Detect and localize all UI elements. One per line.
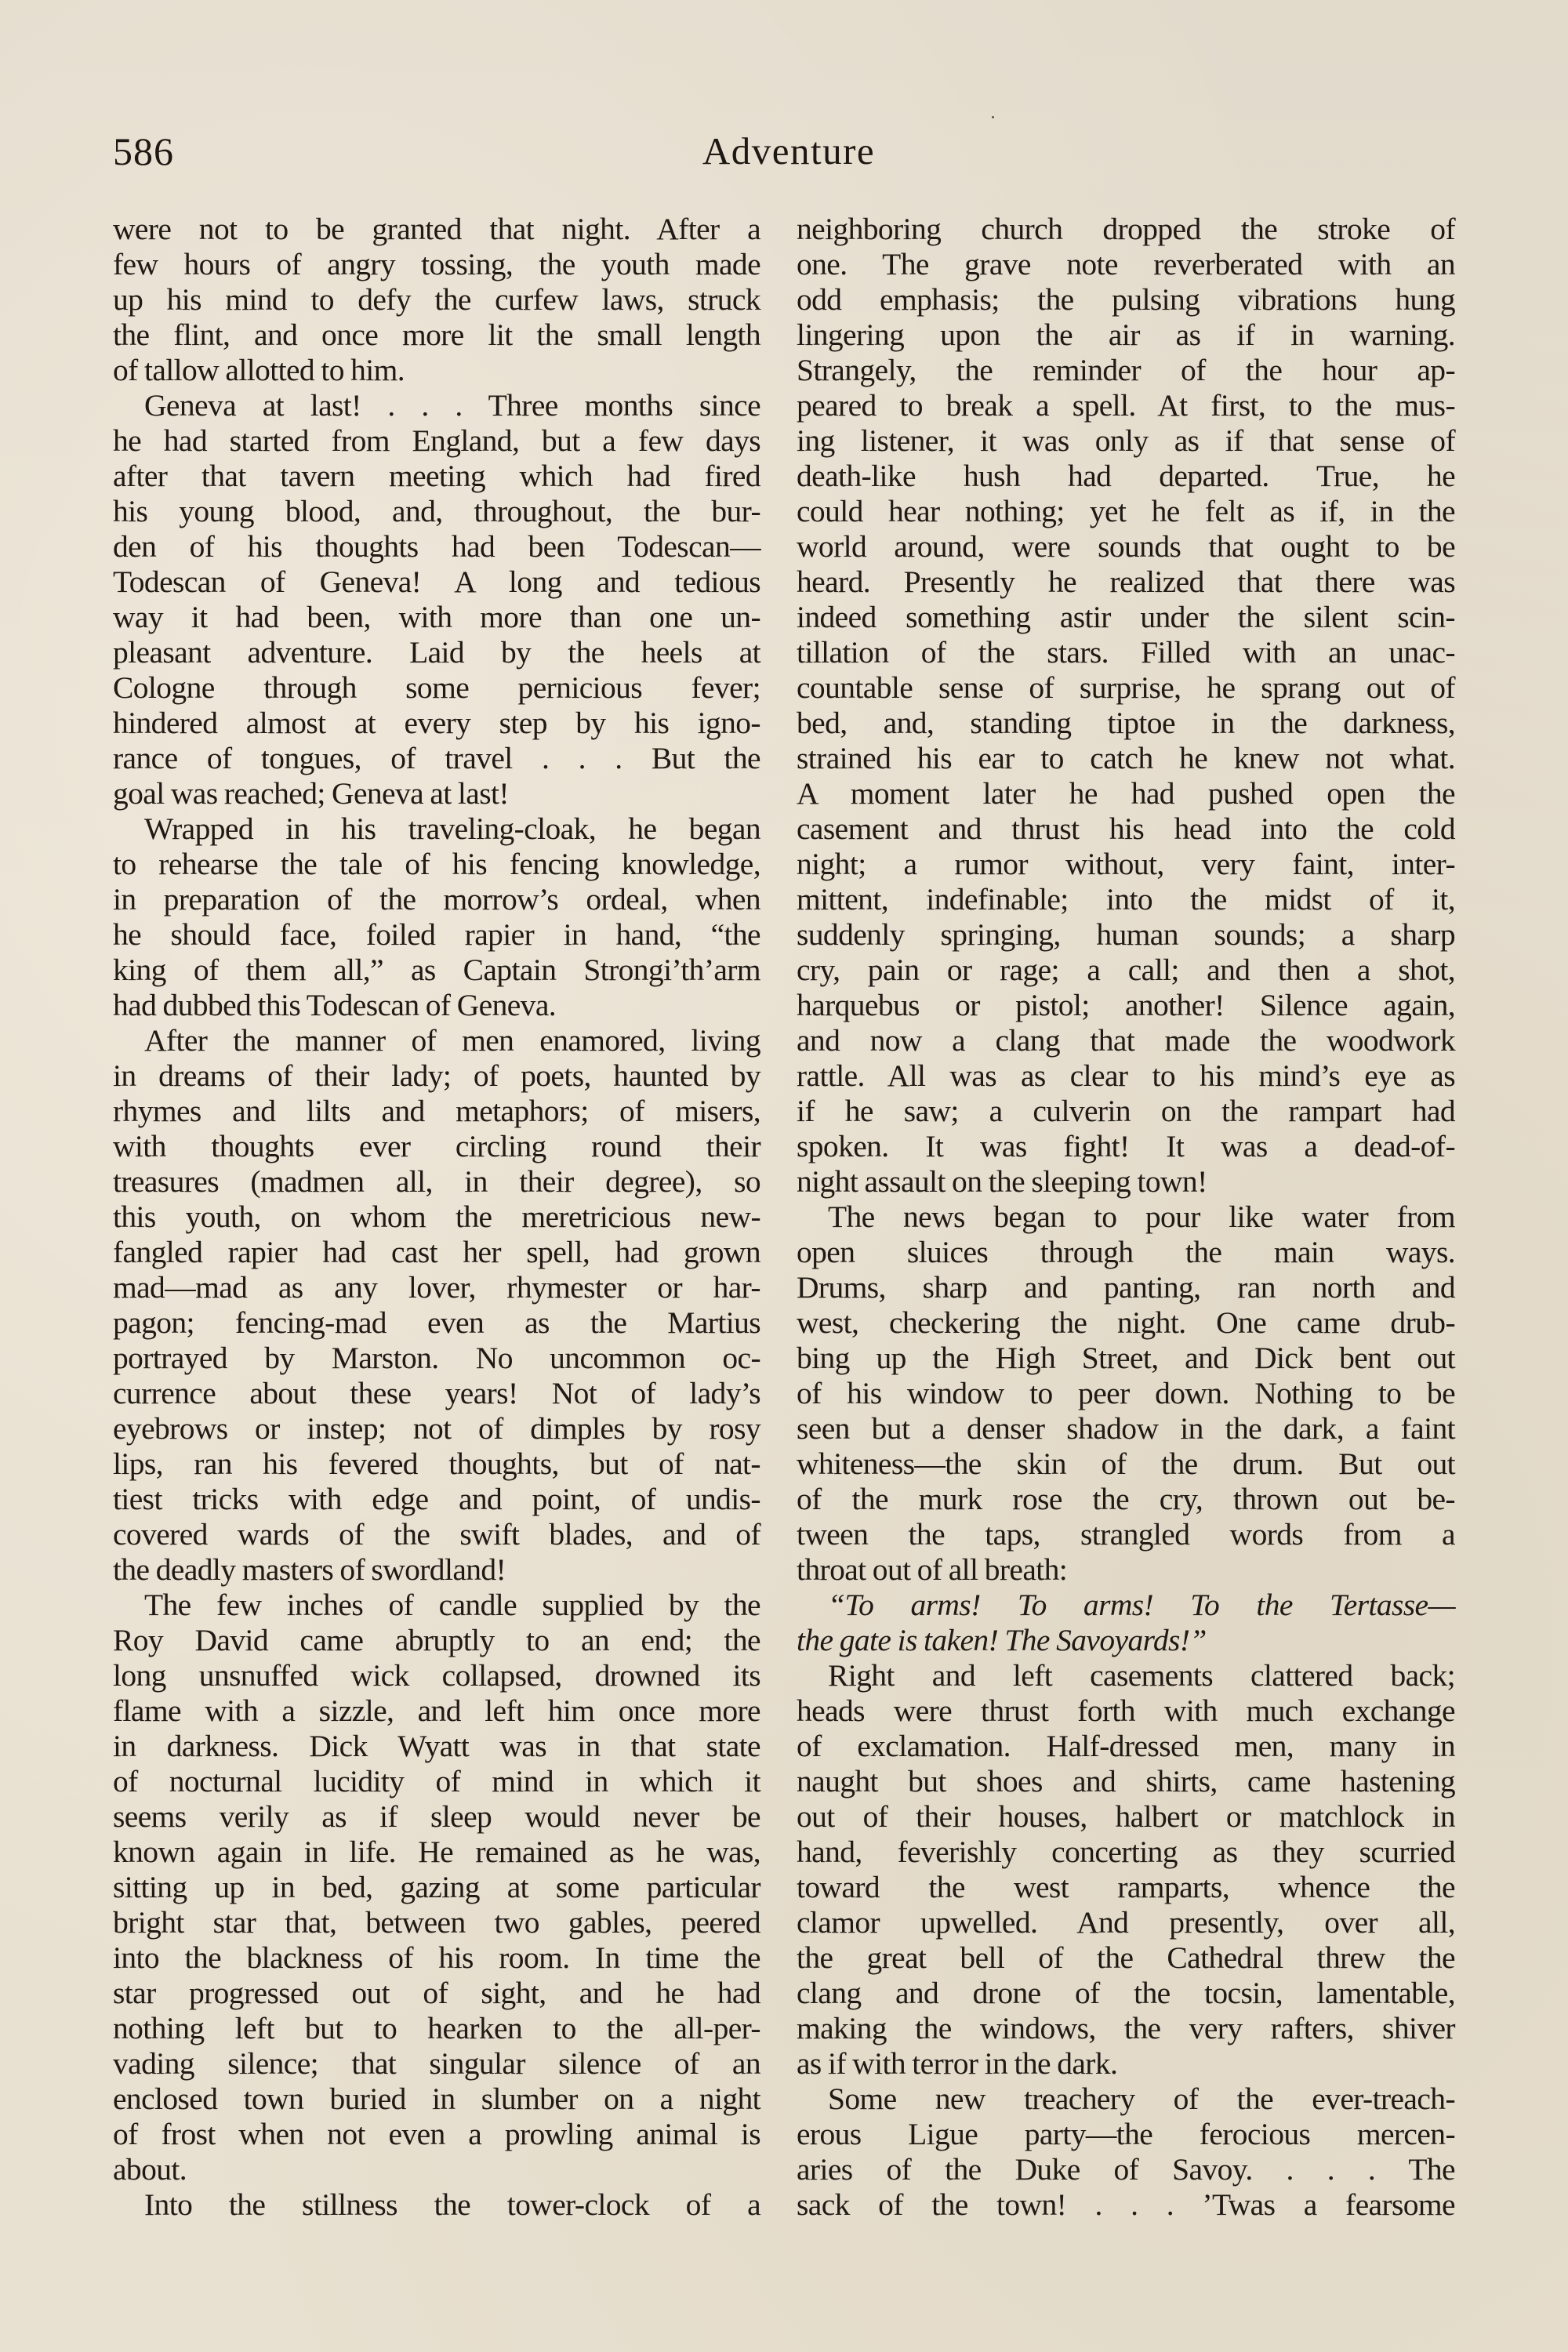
text-line: up his mind to defy the curfew laws, str… — [113, 282, 760, 318]
text-line: odd emphasis; the pulsing vibrations hun… — [797, 282, 1455, 318]
text-line: in preparation of the morrow’s ordeal, w… — [113, 882, 760, 917]
text-line: the great bell of the Cathedral threw th… — [797, 1940, 1455, 1976]
text-line: hindered almost at every step by his ign… — [113, 706, 760, 741]
text-line: of the murk rose the cry, thrown out be- — [797, 1482, 1455, 1517]
text-line: in dreams of their lady; of poets, haunt… — [113, 1058, 760, 1094]
text-column-left: were not to be granted that night. After… — [113, 212, 760, 2223]
text-line: tween the taps, strangled words from a — [797, 1517, 1455, 1552]
text-line: Strangely, the reminder of the hour ap- — [797, 353, 1455, 388]
text-line: Wrapped in his traveling-cloak, he began — [113, 811, 760, 847]
text-line: death-like hush had departed. True, he — [797, 459, 1455, 494]
text-line: treasures (madmen all, in their degree),… — [113, 1164, 760, 1200]
text-line: casement and thrust his head into the co… — [797, 811, 1455, 847]
text-line: lingering upon the air as if in warning. — [797, 318, 1455, 353]
text-line: world around, were sounds that ought to … — [797, 529, 1455, 564]
text-line: making the windows, the very rafters, sh… — [797, 2011, 1455, 2046]
text-line: suddenly springing, human sounds; a shar… — [797, 917, 1455, 953]
text-line: Some new treachery of the ever-treach- — [797, 2082, 1455, 2117]
text-line: sack of the town! . . . ’Twas a fearsome — [797, 2187, 1455, 2223]
text-line: west, checkering the night. One came dru… — [797, 1305, 1455, 1341]
text-line: sitting up in bed, gazing at some partic… — [113, 1870, 760, 1905]
text-line: naught but shoes and shirts, came hasten… — [797, 1764, 1455, 1799]
text-line: bright star that, between two gables, pe… — [113, 1905, 760, 1940]
text-line: indeed something astir under the silent … — [797, 600, 1455, 635]
text-line: and now a clang that made the woodwork — [797, 1023, 1455, 1058]
text-line: he had started from England, but a few d… — [113, 423, 760, 459]
text-line: long unsnuffed wick collapsed, drowned i… — [113, 1658, 760, 1693]
text-line: one. The grave note reverberated with an — [797, 247, 1455, 282]
text-line: the deadly masters of swordland! — [113, 1552, 760, 1588]
text-line: bed, and, standing tiptoe in the darknes… — [797, 706, 1455, 741]
text-line: heads were thrust forth with much exchan… — [797, 1693, 1455, 1729]
text-line: After the manner of men enamored, living — [113, 1023, 760, 1058]
text-line: of nocturnal lucidity of mind in which i… — [113, 1764, 760, 1799]
text-line: were not to be granted that night. After… — [113, 212, 760, 247]
text-line: The few inches of candle supplied by the — [113, 1588, 760, 1623]
text-line: could hear nothing; yet he felt as if, i… — [797, 494, 1455, 529]
text-line: harquebus or pistol; another! Silence ag… — [797, 988, 1455, 1023]
text-line: toward the west ramparts, whence the — [797, 1870, 1455, 1905]
text-line: night assault on the sleeping town! — [797, 1164, 1455, 1200]
text-line: neighboring church dropped the stroke of — [797, 212, 1455, 247]
text-line: nothing left but to hearken to the all-p… — [113, 2011, 760, 2046]
running-head: 586 Adventure — [0, 124, 1568, 179]
text-line: open sluices through the main ways. — [797, 1235, 1455, 1270]
text-line: strained his ear to catch he knew not wh… — [797, 741, 1455, 776]
text-line: clang and drone of the tocsin, lamentabl… — [797, 1976, 1455, 2011]
text-line: Into the stillness the tower-clock of a — [113, 2187, 760, 2223]
text-line: heard. Presently he realized that there … — [797, 564, 1455, 600]
text-line: king of them all,” as Captain Strongi’th… — [113, 953, 760, 988]
text-line: star progressed out of sight, and he had — [113, 1976, 760, 2011]
text-line: had dubbed this Todescan of Geneva. — [113, 988, 760, 1023]
text-line: hand, feverishly concerting as they scur… — [797, 1835, 1455, 1870]
text-line: the flint, and once more lit the small l… — [113, 318, 760, 353]
text-line: of his window to peer down. Nothing to b… — [797, 1376, 1455, 1411]
text-line: this youth, on whom the meretricious new… — [113, 1200, 760, 1235]
text-line: seen but a denser shadow in the dark, a … — [797, 1411, 1455, 1446]
paper-speck — [992, 116, 994, 118]
text-line: the gate is taken! The Savoyards!” — [797, 1623, 1455, 1658]
text-line: ing listener, it was only as if that sen… — [797, 423, 1455, 459]
text-line: peared to break a spell. At first, to th… — [797, 388, 1455, 423]
text-line: about. — [113, 2152, 760, 2187]
running-title: Adventure — [0, 124, 1568, 179]
text-line: The news began to pour like water from — [797, 1200, 1455, 1235]
text-column-right: neighboring church dropped the stroke of… — [797, 212, 1455, 2223]
text-line: out of their houses, halbert or matchloc… — [797, 1799, 1455, 1835]
text-line: rhymes and lilts and metaphors; of miser… — [113, 1094, 760, 1129]
text-line: Right and left casements clattered back; — [797, 1658, 1455, 1693]
text-line: night; a rumor without, very faint, inte… — [797, 847, 1455, 882]
text-line: enclosed town buried in slumber on a nig… — [113, 2082, 760, 2117]
text-line: “To arms! To arms! To the Tertasse— — [797, 1588, 1455, 1623]
text-line: covered wards of the swift blades, and o… — [113, 1517, 760, 1552]
text-line: of tallow allotted to him. — [113, 353, 760, 388]
text-line: mad—mad as any lover, rhymester or har- — [113, 1270, 760, 1305]
text-line: whiteness—the skin of the drum. But out — [797, 1446, 1455, 1482]
text-line: flame with a sizzle, and left him once m… — [113, 1693, 760, 1729]
text-line: tillation of the stars. Filled with an u… — [797, 635, 1455, 670]
text-line: seems verily as if sleep would never be — [113, 1799, 760, 1835]
text-line: fangled rapier had cast her spell, had g… — [113, 1235, 760, 1270]
text-line: into the blackness of his room. In time … — [113, 1940, 760, 1976]
text-line: as if with terror in the dark. — [797, 2046, 1455, 2082]
text-line: throat out of all breath: — [797, 1552, 1455, 1588]
text-line: Drums, sharp and panting, ran north and — [797, 1270, 1455, 1305]
text-line: Cologne through some pernicious fever; — [113, 670, 760, 706]
text-line: Roy David came abruptly to an end; the — [113, 1623, 760, 1658]
text-line: if he saw; a culverin on the rampart had — [797, 1094, 1455, 1129]
text-line: portrayed by Marston. No uncommon oc- — [113, 1341, 760, 1376]
text-line: goal was reached; Geneva at last! — [113, 776, 760, 811]
text-line: clamor upwelled. And presently, over all… — [797, 1905, 1455, 1940]
text-line: tiest tricks with edge and point, of und… — [113, 1482, 760, 1517]
text-line: currence about these years! Not of lady’… — [113, 1376, 760, 1411]
text-line: lips, ran his fevered thoughts, but of n… — [113, 1446, 760, 1482]
text-line: after that tavern meeting which had fire… — [113, 459, 760, 494]
text-line: spoken. It was fight! It was a dead-of- — [797, 1129, 1455, 1164]
text-line: aries of the Duke of Savoy. . . . The — [797, 2152, 1455, 2187]
text-line: countable sense of surprise, he sprang o… — [797, 670, 1455, 706]
text-line: his young blood, and, throughout, the bu… — [113, 494, 760, 529]
text-line: vading silence; that singular silence of… — [113, 2046, 760, 2082]
text-line: known again in life. He remained as he w… — [113, 1835, 760, 1870]
magazine-page: 586 Adventure were not to be granted tha… — [0, 0, 1568, 2352]
text-line: with thoughts ever circling round their — [113, 1129, 760, 1164]
text-line: few hours of angry tossing, the youth ma… — [113, 247, 760, 282]
text-line: rattle. All was as clear to his mind’s e… — [797, 1058, 1455, 1094]
text-line: to rehearse the tale of his fencing know… — [113, 847, 760, 882]
text-line: A moment later he had pushed open the — [797, 776, 1455, 811]
text-line: pagon; fencing-mad even as the Martius — [113, 1305, 760, 1341]
text-line: Geneva at last! . . . Three months since — [113, 388, 760, 423]
text-line: pleasant adventure. Laid by the heels at — [113, 635, 760, 670]
text-line: of frost when not even a prowling animal… — [113, 2117, 760, 2152]
text-line: erous Ligue party—the ferocious mercen- — [797, 2117, 1455, 2152]
text-line: in darkness. Dick Wyatt was in that stat… — [113, 1729, 760, 1764]
text-line: way it had been, with more than one un- — [113, 600, 760, 635]
text-line: rance of tongues, of travel . . . But th… — [113, 741, 760, 776]
text-line: bing up the High Street, and Dick bent o… — [797, 1341, 1455, 1376]
text-line: eyebrows or instep; not of dimples by ro… — [113, 1411, 760, 1446]
text-line: Todescan of Geneva! A long and tedious — [113, 564, 760, 600]
text-line: den of his thoughts had been Todescan— — [113, 529, 760, 564]
text-line: of exclamation. Half-dressed men, many i… — [797, 1729, 1455, 1764]
text-line: cry, pain or rage; a call; and then a sh… — [797, 953, 1455, 988]
text-line: mittent, indefinable; into the midst of … — [797, 882, 1455, 917]
text-line: he should face, foiled rapier in hand, “… — [113, 917, 760, 953]
